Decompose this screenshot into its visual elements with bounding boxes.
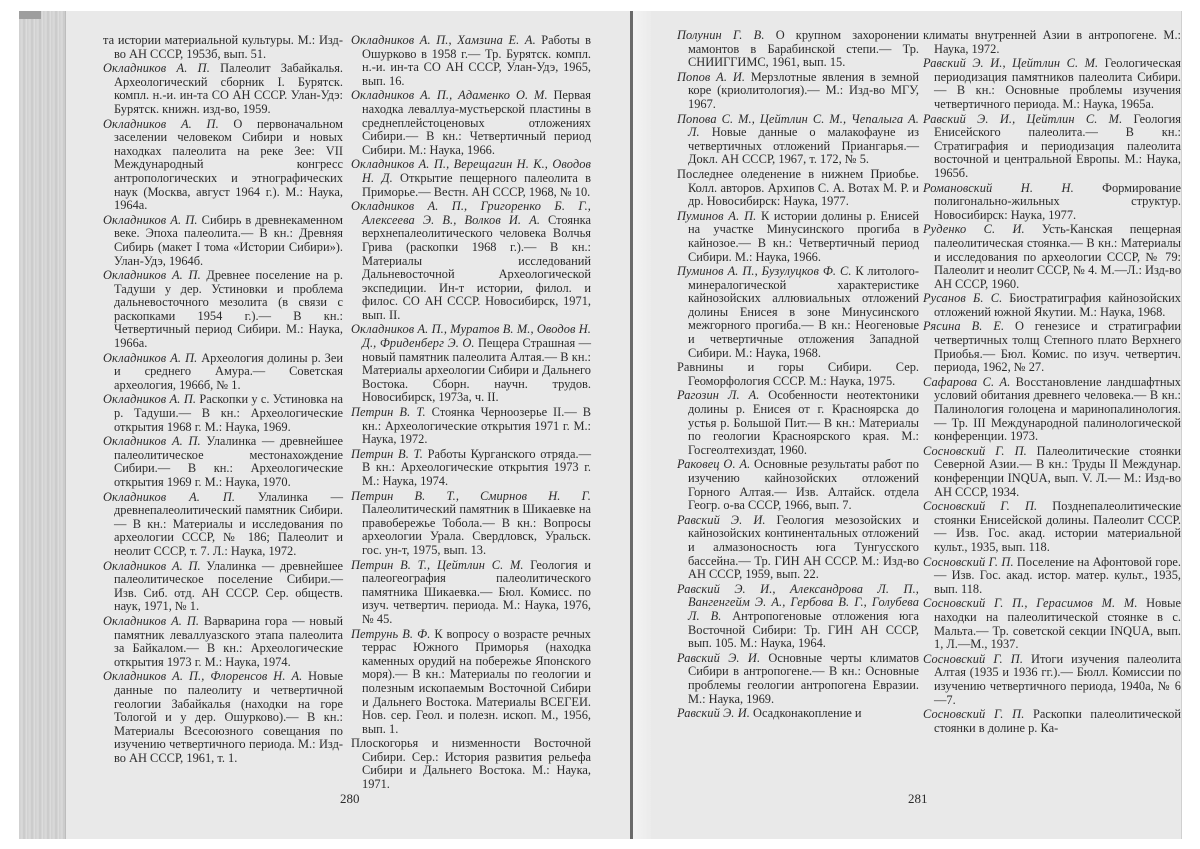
entry-text: К литолого-минералогической характеристи… [688,264,919,360]
entry-author: Руденко С. И. [923,222,1025,236]
bibliography-entry: Окладников А. П., Хамзина Е. А. Работы в… [351,34,591,88]
entry-author: Равский Э. И., Цейтлин С. М. [923,56,1098,70]
left-page-column-2: Окладников А. П., Хамзина Е. А. Работы в… [351,34,591,793]
entry-author: Окладников А. П. [103,392,196,406]
entry-author: Петрин В. Т. [351,405,426,419]
entry-text: Новые данные по палеолиту и четвертичной… [114,669,343,765]
right-page-column-2: климаты внутренней Азии в антропогене. М… [923,29,1181,736]
bibliography-entry: климаты внутренней Азии в антропогене. М… [923,29,1181,56]
entry-text: Равнины и горы Сибири. Сер. Геоморфологи… [677,360,919,388]
bibliography-entry: Полунин Г. В. О крупном захоронении мамо… [677,29,919,70]
bibliography-entry: Романовский Н. Н. Формирование полигонал… [923,182,1181,223]
bibliography-entry: Окладников А. П., Муратов В. М., Оводов … [351,323,591,405]
entry-text: Антропогеновые отложения юга Восточной С… [688,609,919,650]
entry-author: Попов А. И. [677,70,745,84]
bibliography-entry: Сосновский Г. П. Итоги изучения палеолит… [923,653,1181,707]
entry-author: Петрунь В. Ф. [351,627,430,641]
entry-author: Рясина В. Е. [923,319,1004,333]
entry-author: Окладников А. П. [103,351,197,365]
bibliography-entry: Русанов Б. С. Биостратиграфия кайнозойск… [923,292,1181,319]
page-number-left: 280 [340,791,360,807]
bibliography-entry: Равский Э. И. Основные черты климатов Си… [677,652,919,706]
entry-text: Осадконакопление и [750,706,862,720]
bibliography-entry: Окладников А. П., Флоренсов Н. А. Новые … [103,670,343,765]
entry-text: Последнее оледенение в нижнем Приобье. К… [677,167,919,208]
entry-author: Равский Э. И., Цейтлин С. М. [923,112,1122,126]
entry-author: Петрин В. Т., Смирнов Н. Г. [351,489,591,503]
entry-text: К вопросу о возрасте речных террас Южног… [362,627,591,736]
bibliography-entry: Петрин В. Т. Стоянка Черноозерье II.— В … [351,406,591,447]
entry-author: Сосновский Г. П. [923,444,1027,458]
bibliography-entry: Окладников А. П. Палеолит Забайкалья. Ар… [103,62,343,116]
entry-author: Равский Э. И. [677,513,766,527]
bibliography-entry: Сосновский Г. П., Герасимов М. М. Новые … [923,597,1181,651]
left-page-column-1: та истории материальной культуры. М.: Из… [103,34,343,766]
entry-author: Окладников А. П., Хамзина Е. А. [351,33,536,47]
right-page-edge [1181,11,1182,839]
entry-author: Окладников А. П. [103,213,198,227]
bibliography-entry: Окладников А. П. Сибирь в древнекаменном… [103,214,343,268]
entry-author: Сосновский Г. П. [923,555,1014,569]
entry-text: О первоначальном заселении человеком Сиб… [114,117,343,213]
bibliography-entry: Сосновский Г. П. Позднепалеолитические с… [923,500,1181,554]
bibliography-entry: Рясина В. Е. О генезисе и стратиграфии ч… [923,320,1181,374]
entry-author: Раковец О. А. [677,457,750,471]
gutter-shadow [633,11,651,839]
bibliography-entry: Окладников А. П. Археология долины р. Зе… [103,352,343,393]
entry-author: Романовский Н. Н. [923,181,1074,195]
bibliography-entry: Пуминов А. П., Бузулуцков Ф. С. К литоло… [677,265,919,360]
bibliography-entry: Сафарова С. А. Восстановление ландшафтны… [923,376,1181,444]
bibliography-entry: Окладников А. П., Адаменко О. М. Первая … [351,89,591,157]
bibliography-entry: Равский Э. И., Цейтлин С. М. Геология Ен… [923,113,1181,181]
entry-author: Окладников А. П., Флоренсов Н. А. [103,669,302,683]
entry-author: Окладников А. П. [103,490,235,504]
bibliography-entry: Равский Э. И., Цейтлин С. М. Геологическ… [923,57,1181,111]
bibliography-entry: Окладников А. П. О первоначальном заселе… [103,118,343,213]
right-page-column-1: Полунин Г. В. О крупном захоронении мамо… [677,29,919,722]
entry-text: Стоянка верхнепалеолитического человека … [362,213,591,322]
entry-author: Окладников А. П. [103,268,201,282]
bibliography-entry: Последнее оледенение в нижнем Приобье. К… [677,168,919,209]
entry-text: Новые данные о малакофауне из четвертичн… [688,125,919,166]
bibliography-entry: Раковец О. А. Основные результаты работ … [677,458,919,512]
entry-text: климаты внутренней Азии в антропогене. М… [923,28,1181,56]
bibliography-entry: Петрин В. Т., Цейтлин С. М. Геология и п… [351,559,591,627]
bibliography-entry: Окладников А. П. Раскопки у с. Устиновка… [103,393,343,434]
entry-text: Палеолитический памятник в Шикаевке на п… [362,502,591,557]
entry-author: Сосновский Г. П. [923,499,1037,513]
entry-text: Открытие пещерного палеолита в Приморье.… [362,171,591,199]
bibliography-entry: Рагозин Л. А. Особенности неотектоники д… [677,389,919,457]
bibliography-entry: Равнины и горы Сибири. Сер. Геоморфологи… [677,361,919,388]
bibliography-entry: Окладников А. П., Верещагин Н. К., Оводо… [351,158,591,199]
entry-text: та истории материальной культуры. М.: Из… [103,33,343,61]
bibliography-entry: Равский Э. И. Геология мезозойских и кай… [677,514,919,582]
entry-author: Окладников А. П. [103,559,201,573]
entry-author: Сосновский Г. П. [923,652,1023,666]
entry-author: Окладников А. П. [103,614,199,628]
entry-author: Пуминов А. П., Бузулуцков Ф. С. [677,264,852,278]
entry-author: Сосновский Г. П. [923,707,1024,721]
book-page-edges [19,11,66,839]
entry-author: Русанов Б. С. [923,291,1002,305]
bibliography-entry: Петрин В. Т., Смирнов Н. Г. Палеолитичес… [351,490,591,558]
entry-author: Окладников А. П. [103,434,201,448]
bibliography-entry: Петрин В. Т. Работы Курганского отряда.—… [351,448,591,489]
entry-author: Сафарова С. А. [923,375,1010,389]
page-number-right: 281 [908,791,928,807]
bibliography-entry: Равский Э. И. Осадконакопление и [677,707,919,721]
bibliography-entry: Окладников А. П. Улалинка — древнепалеол… [103,491,343,559]
entry-author: Окладников А. П. [103,61,210,75]
bibliography-entry: Петрунь В. Ф. К вопросу о возрасте речны… [351,628,591,737]
bibliography-entry: Окладников А. П. Варварина гора — новый … [103,615,343,669]
entry-author: Пуминов А. П. [677,209,756,223]
bibliography-entry: Окладников А. П. Улалинка — древнейшее п… [103,435,343,489]
bibliography-entry: Сосновский Г. П. Поселение на Афонтовой … [923,556,1181,597]
bibliography-entry: Плоскогорья и низменности Восточной Сиби… [351,737,591,791]
entry-author: Равский Э. И. [677,706,750,720]
entry-author: Полунин Г. В. [677,28,765,42]
entry-author: Петрин В. Т., Цейтлин С. М. [351,558,524,572]
bibliography-entry: Пуминов А. П. К истории долины р. Енисей… [677,210,919,264]
entry-author: Рагозин Л. А. [677,388,759,402]
bibliography-entry: Окладников А. П. Древнее поселение на р.… [103,269,343,351]
bibliography-entry: Окладников А. П., Григоренко Б. Г., Алек… [351,200,591,322]
entry-text: Плоскогорья и низменности Восточной Сиби… [351,736,591,791]
entry-author: Петрин В. Т. [351,447,423,461]
bibliography-entry: Руденко С. И. Усть-Канская пещерная пале… [923,223,1181,291]
bibliography-entry: Равский Э. И., Александрова Л. П., Ванге… [677,583,919,651]
entry-author: Сосновский Г. П., Герасимов М. М. [923,596,1138,610]
entry-author: Окладников А. П. [103,117,219,131]
bibliography-entry: та истории материальной культуры. М.: Из… [103,34,343,61]
bibliography-entry: Сосновский Г. П. Палеолитические стоянки… [923,445,1181,499]
bibliography-entry: Попов А. И. Мерзлотные явления в земной … [677,71,919,112]
bibliography-entry: Окладников А. П. Улалинка — древнейшее п… [103,560,343,614]
bibliography-entry: Сосновский Г. П. Раскопки палеолитическо… [923,708,1181,735]
entry-author: Равский Э. И. [677,651,760,665]
bibliography-entry: Попова С. М., Цейтлин С. М., Чепалыга А.… [677,113,919,167]
entry-author: Окладников А. П., Адаменко О. М. [351,88,548,102]
